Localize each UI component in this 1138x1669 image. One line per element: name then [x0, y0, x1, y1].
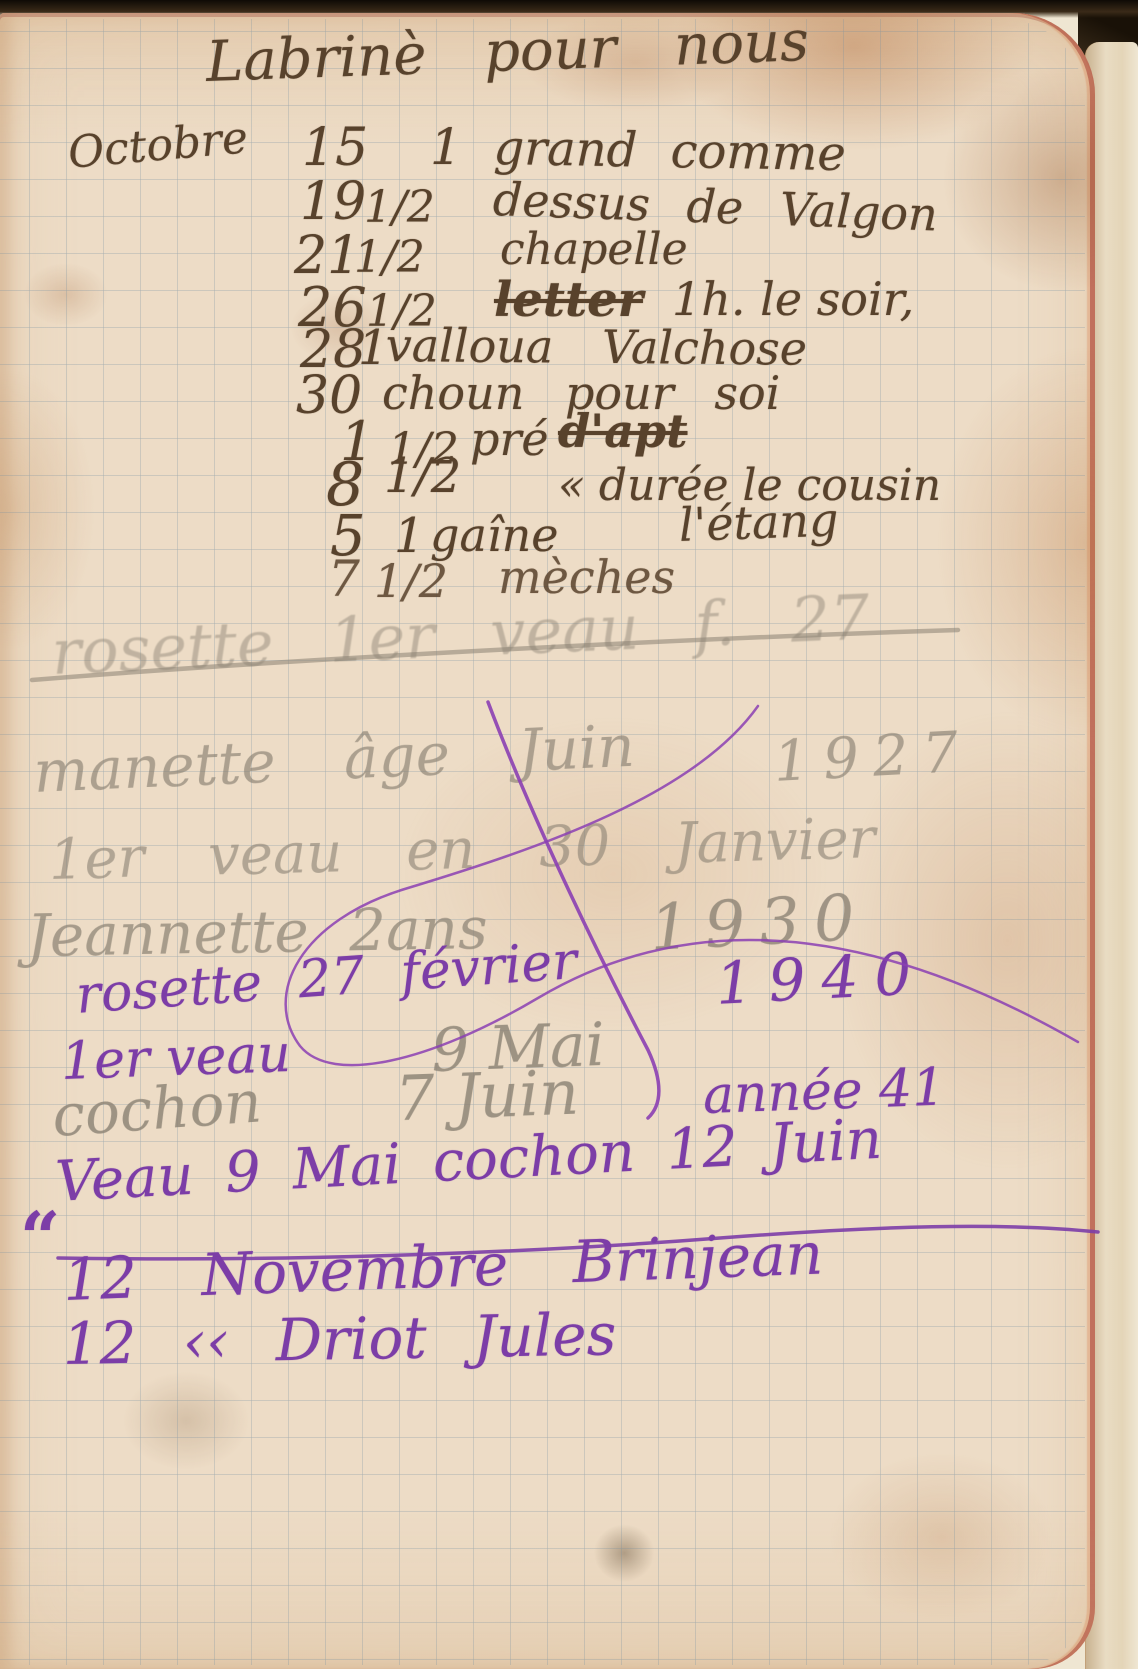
ledger-month: Octobre: [66, 112, 250, 179]
purple-note-year: 1940: [714, 939, 929, 1018]
pencil-note-line: manette âge Juin: [32, 712, 636, 806]
ledger-text: pré: [470, 412, 549, 466]
pencil-note-struck-line: rosette 1er veau f. 27: [50, 580, 871, 689]
ledger-day: 7: [328, 550, 360, 608]
purple-note-premier-veau: 1er veau: [60, 1024, 292, 1092]
purple-note-novembre: 12 Novembre Brinjean: [62, 1219, 824, 1313]
purple-quote-mark: “: [20, 1196, 60, 1279]
ledger-day: 15: [302, 118, 368, 178]
ledger-day: 19: [300, 172, 366, 232]
ledger-qty: 1: [430, 118, 462, 176]
ledger-text: l'étang: [678, 492, 839, 552]
ledger-text: chapelle: [500, 224, 688, 275]
page-title: Labrinè pour nous: [205, 9, 810, 95]
ledger-qty: 1/2: [364, 182, 435, 233]
ledger-qty: 1/2: [384, 448, 461, 504]
purple-note-driot: 12 ‹‹ Driot Jules: [62, 1300, 617, 1378]
ledger-text: 1h. le soir,: [672, 272, 914, 326]
ledger-struck-word: d'apt: [558, 404, 687, 458]
ledger-text: grand comme: [493, 120, 846, 182]
pencil-note-year: 1927: [772, 720, 974, 795]
handwriting-layer: Labrinè pour nous Octobre 15 1 grand com…: [0, 0, 1138, 1669]
scanned-notebook-page: Labrinè pour nous Octobre 15 1 grand com…: [0, 0, 1138, 1669]
pencil-note-line: 1er veau en 30 Janvier: [48, 806, 876, 893]
